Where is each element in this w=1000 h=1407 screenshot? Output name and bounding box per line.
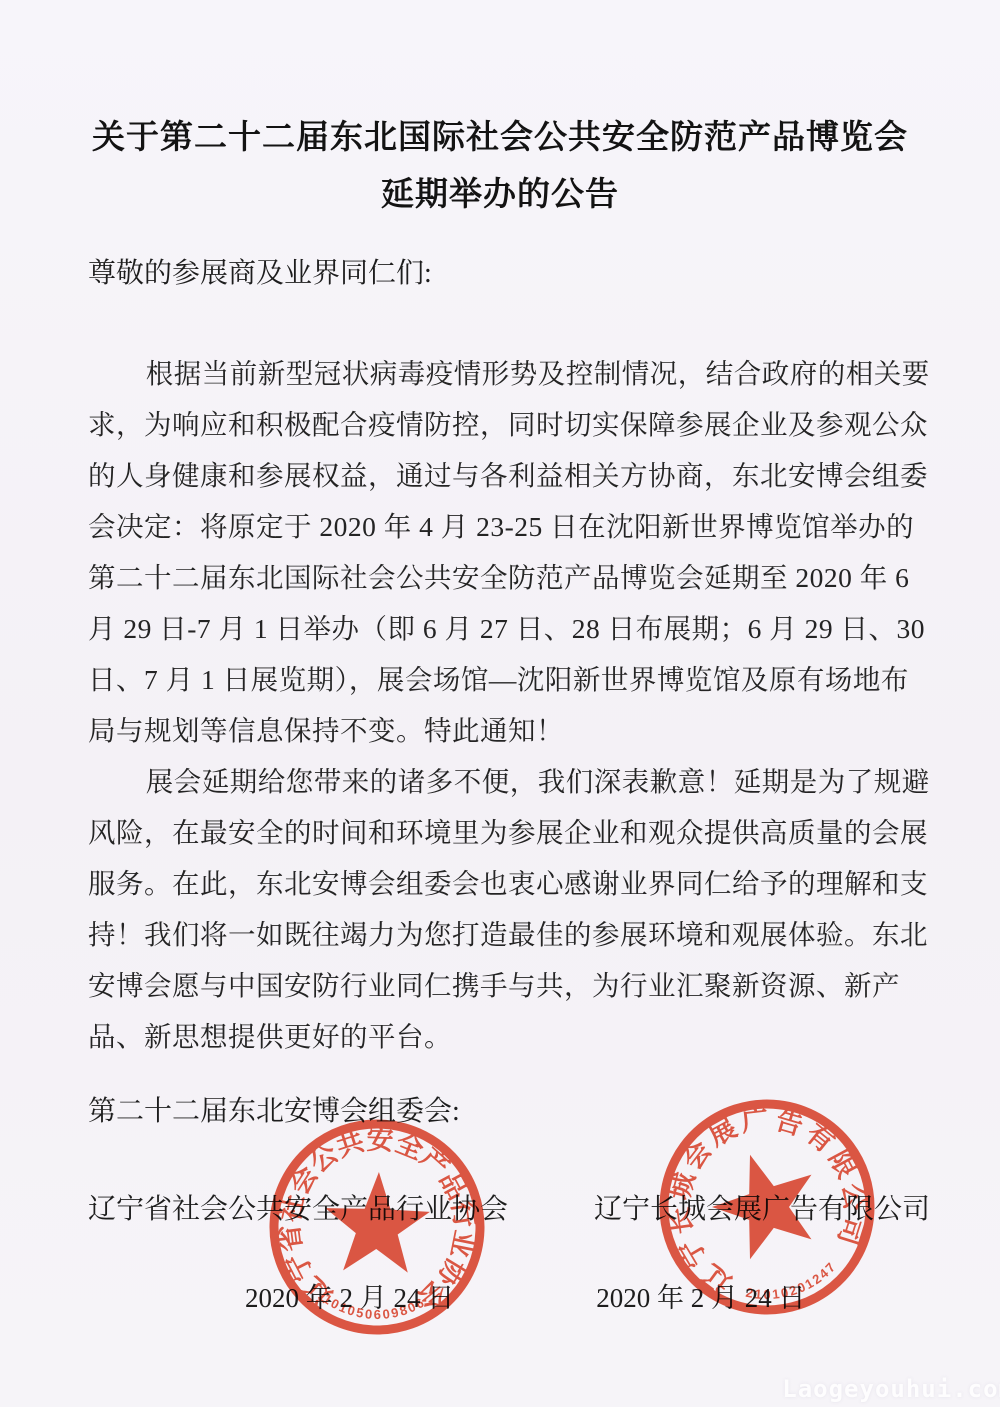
document-title: 关于第二十二届东北国际社会公共安全防范产品博览会 延期举办的公告 [0,0,1000,222]
paragraph-1: 根据当前新型冠状病毒疫情形势及控制情况，结合政府的相关要求，为响应和积极配合疫情… [88,348,934,756]
paragraph-line: 会决定：将原定于 2020 年 4 月 23-25 日在沈阳新世界博览馆举办的 [88,501,934,552]
right-official-seal-stamp-icon: 辽宁长城会展广告有限公司 21010201247 [647,1087,887,1327]
paragraph-line: 品、新思想提供更好的平台。 [88,1011,934,1062]
paragraph-line: 展会延期给您带来的诸多不便，我们深表歉意！延期是为了规避 [88,756,934,807]
left-official-seal-stamp-icon: 辽宁省社会公共安全产品行业协会 101050609806 [257,1107,497,1347]
paragraph-line: 持！我们将一如既往竭力为您打造最佳的参展环境和观展体验。东北 [88,909,934,960]
paragraph-line: 第二十二届东北国际社会公共安全防范产品博览会延期至 2020 年 6 [88,552,934,603]
paragraph-line: 安博会愿与中国安防行业同仁携手与共，为行业汇聚新资源、新产 [88,960,934,1011]
paragraph-line: 风险，在最安全的时间和环境里为参展企业和观众提供高质量的会展 [88,807,934,858]
paragraph-line: 局与规划等信息保持不变。特此通知！ [88,705,934,756]
paragraph-line: 根据当前新型冠状病毒疫情形势及控制情况，结合政府的相关要 [88,348,934,399]
site-watermark: Laogeyouhui.com [782,1375,1000,1403]
paragraph-line: 日、7 月 1 日展览期），展会场馆—沈阳新世界博览馆及原有场地布 [88,654,934,705]
paragraph-line: 服务。在此，东北安博会组委会也衷心感谢业界同仁给予的理解和支 [88,858,934,909]
paragraph-line: 求，为响应和积极配合疫情防控，同时切实保障参展企业及参观公众 [88,399,934,450]
title-line-2: 延期举办的公告 [0,165,1000,222]
title-line-1: 关于第二十二届东北国际社会公共安全防范产品博览会 [0,108,1000,165]
paragraph-line: 月 29 日-7 月 1 日举办（即 6 月 27 日、28 日布展期；6 月 … [88,603,934,654]
document-page: 关于第二十二届东北国际社会公共安全防范产品博览会 延期举办的公告 尊敬的参展商及… [0,0,1000,1407]
paragraph-2: 展会延期给您带来的诸多不便，我们深表歉意！延期是为了规避风险，在最安全的时间和环… [88,756,934,1062]
right-seal-star-icon [700,1139,830,1266]
paragraph-line: 的人身健康和参展权益，通过与各利益相关方协商，东北安博会组委 [88,450,934,501]
salutation: 尊敬的参展商及业界同仁们: [88,254,930,294]
left-seal-star-icon [323,1170,431,1273]
